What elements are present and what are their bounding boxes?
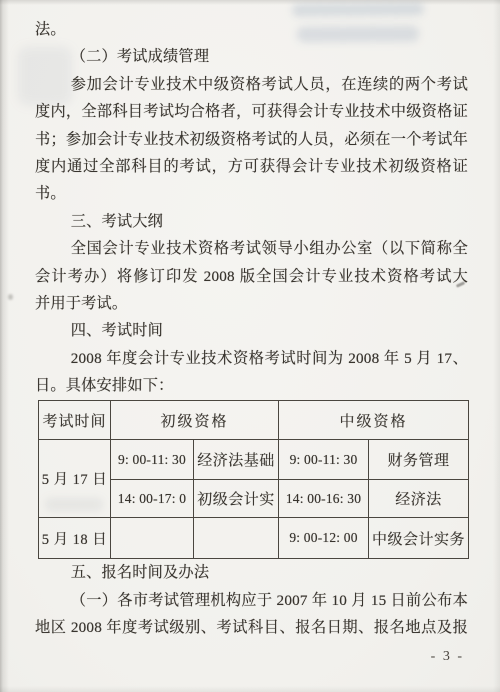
table-cell-junior-subject-am: 经济法基础 (194, 440, 279, 480)
table-cell-empty (194, 518, 279, 559)
body-line: 度内通过全部科目的考试，方可获得会计专业技术初级资格证 (35, 153, 468, 180)
table-cell-date-may18: 5 月 18 日 (39, 518, 111, 559)
body-line: 参加会计专业技术中级资格考试人员，在连续的两个考试年 (35, 71, 468, 98)
table-cell-empty (111, 518, 194, 559)
body-line: 并用于考试。 (35, 290, 468, 317)
table-cell-junior-time-pm: 14: 00-17: 0 (111, 480, 194, 518)
scanned-document-page: 法。 （二）考试成绩管理 参加会计专业技术中级资格考试人员，在连续的两个考试年 … (0, 0, 500, 692)
page-number: - 3 - (35, 649, 468, 665)
table-header-exam-time: 考试时间 (39, 401, 111, 440)
body-line: （一）各市考试管理机构应于 2007 年 10 月 15 日前公布本 (35, 587, 468, 614)
body-line: 会计考办）将修订印发 2008 版全国会计专业技术资格考试大纲， (35, 263, 468, 290)
body-line: 2008 年度会计专业技术资格考试时间为 2008 年 5 月 17、18 (35, 345, 468, 372)
body-line: 书。 (35, 180, 468, 207)
table-cell-intermediate-time-pm: 14: 00-16: 30 (279, 480, 369, 518)
subsection-heading-score-mgmt: （二）考试成绩管理 (35, 43, 468, 70)
body-line: 度内，全部科目考试均合格者，可获得会计专业技术中级资格证 (35, 98, 468, 125)
table-cell-intermediate-time-am: 9: 00-11: 30 (279, 440, 369, 480)
document-body: 法。 （二）考试成绩管理 参加会计专业技术中级资格考试人员，在连续的两个考试年 … (0, 0, 500, 665)
body-line: 日。具体安排如下： (35, 372, 468, 399)
table-cell-intermediate-time-may18: 9: 00-12: 00 (279, 518, 369, 559)
table-cell-intermediate-subject-may18: 中级会计实务 (369, 518, 469, 559)
table-cell-intermediate-subject-pm: 经济法 (369, 480, 469, 518)
body-line: 地区 2008 年度考试级别、考试科目、报名日期、报名地点及报 (35, 614, 468, 641)
table-header-junior-level: 初级资格 (111, 401, 279, 440)
table-cell-junior-time-am: 9: 00-11: 30 (111, 440, 194, 480)
exam-schedule-table: 考试时间 初级资格 中级资格 5 月 17 日 9: 00-11: 30 经济法… (38, 400, 469, 559)
table-header-intermediate-level: 中级资格 (279, 401, 469, 440)
body-line: 法。 (35, 16, 468, 43)
table-cell-intermediate-subject-am: 财务管理 (369, 440, 469, 480)
section-heading-registration: 五、报名时间及办法 (35, 559, 468, 586)
section-heading-exam-time: 四、考试时间 (35, 317, 468, 344)
body-line: 全国会计专业技术资格考试领导小组办公室（以下简称全国 (35, 235, 468, 262)
table-cell-junior-subject-pm: 初级会计实 (194, 480, 279, 518)
section-heading-exam-syllabus: 三、考试大纲 (35, 208, 468, 235)
table-cell-date-may17: 5 月 17 日 (39, 440, 111, 518)
body-line: 书；参加会计专业技术初级资格考试的人员，必须在一个考试年 (35, 126, 468, 153)
